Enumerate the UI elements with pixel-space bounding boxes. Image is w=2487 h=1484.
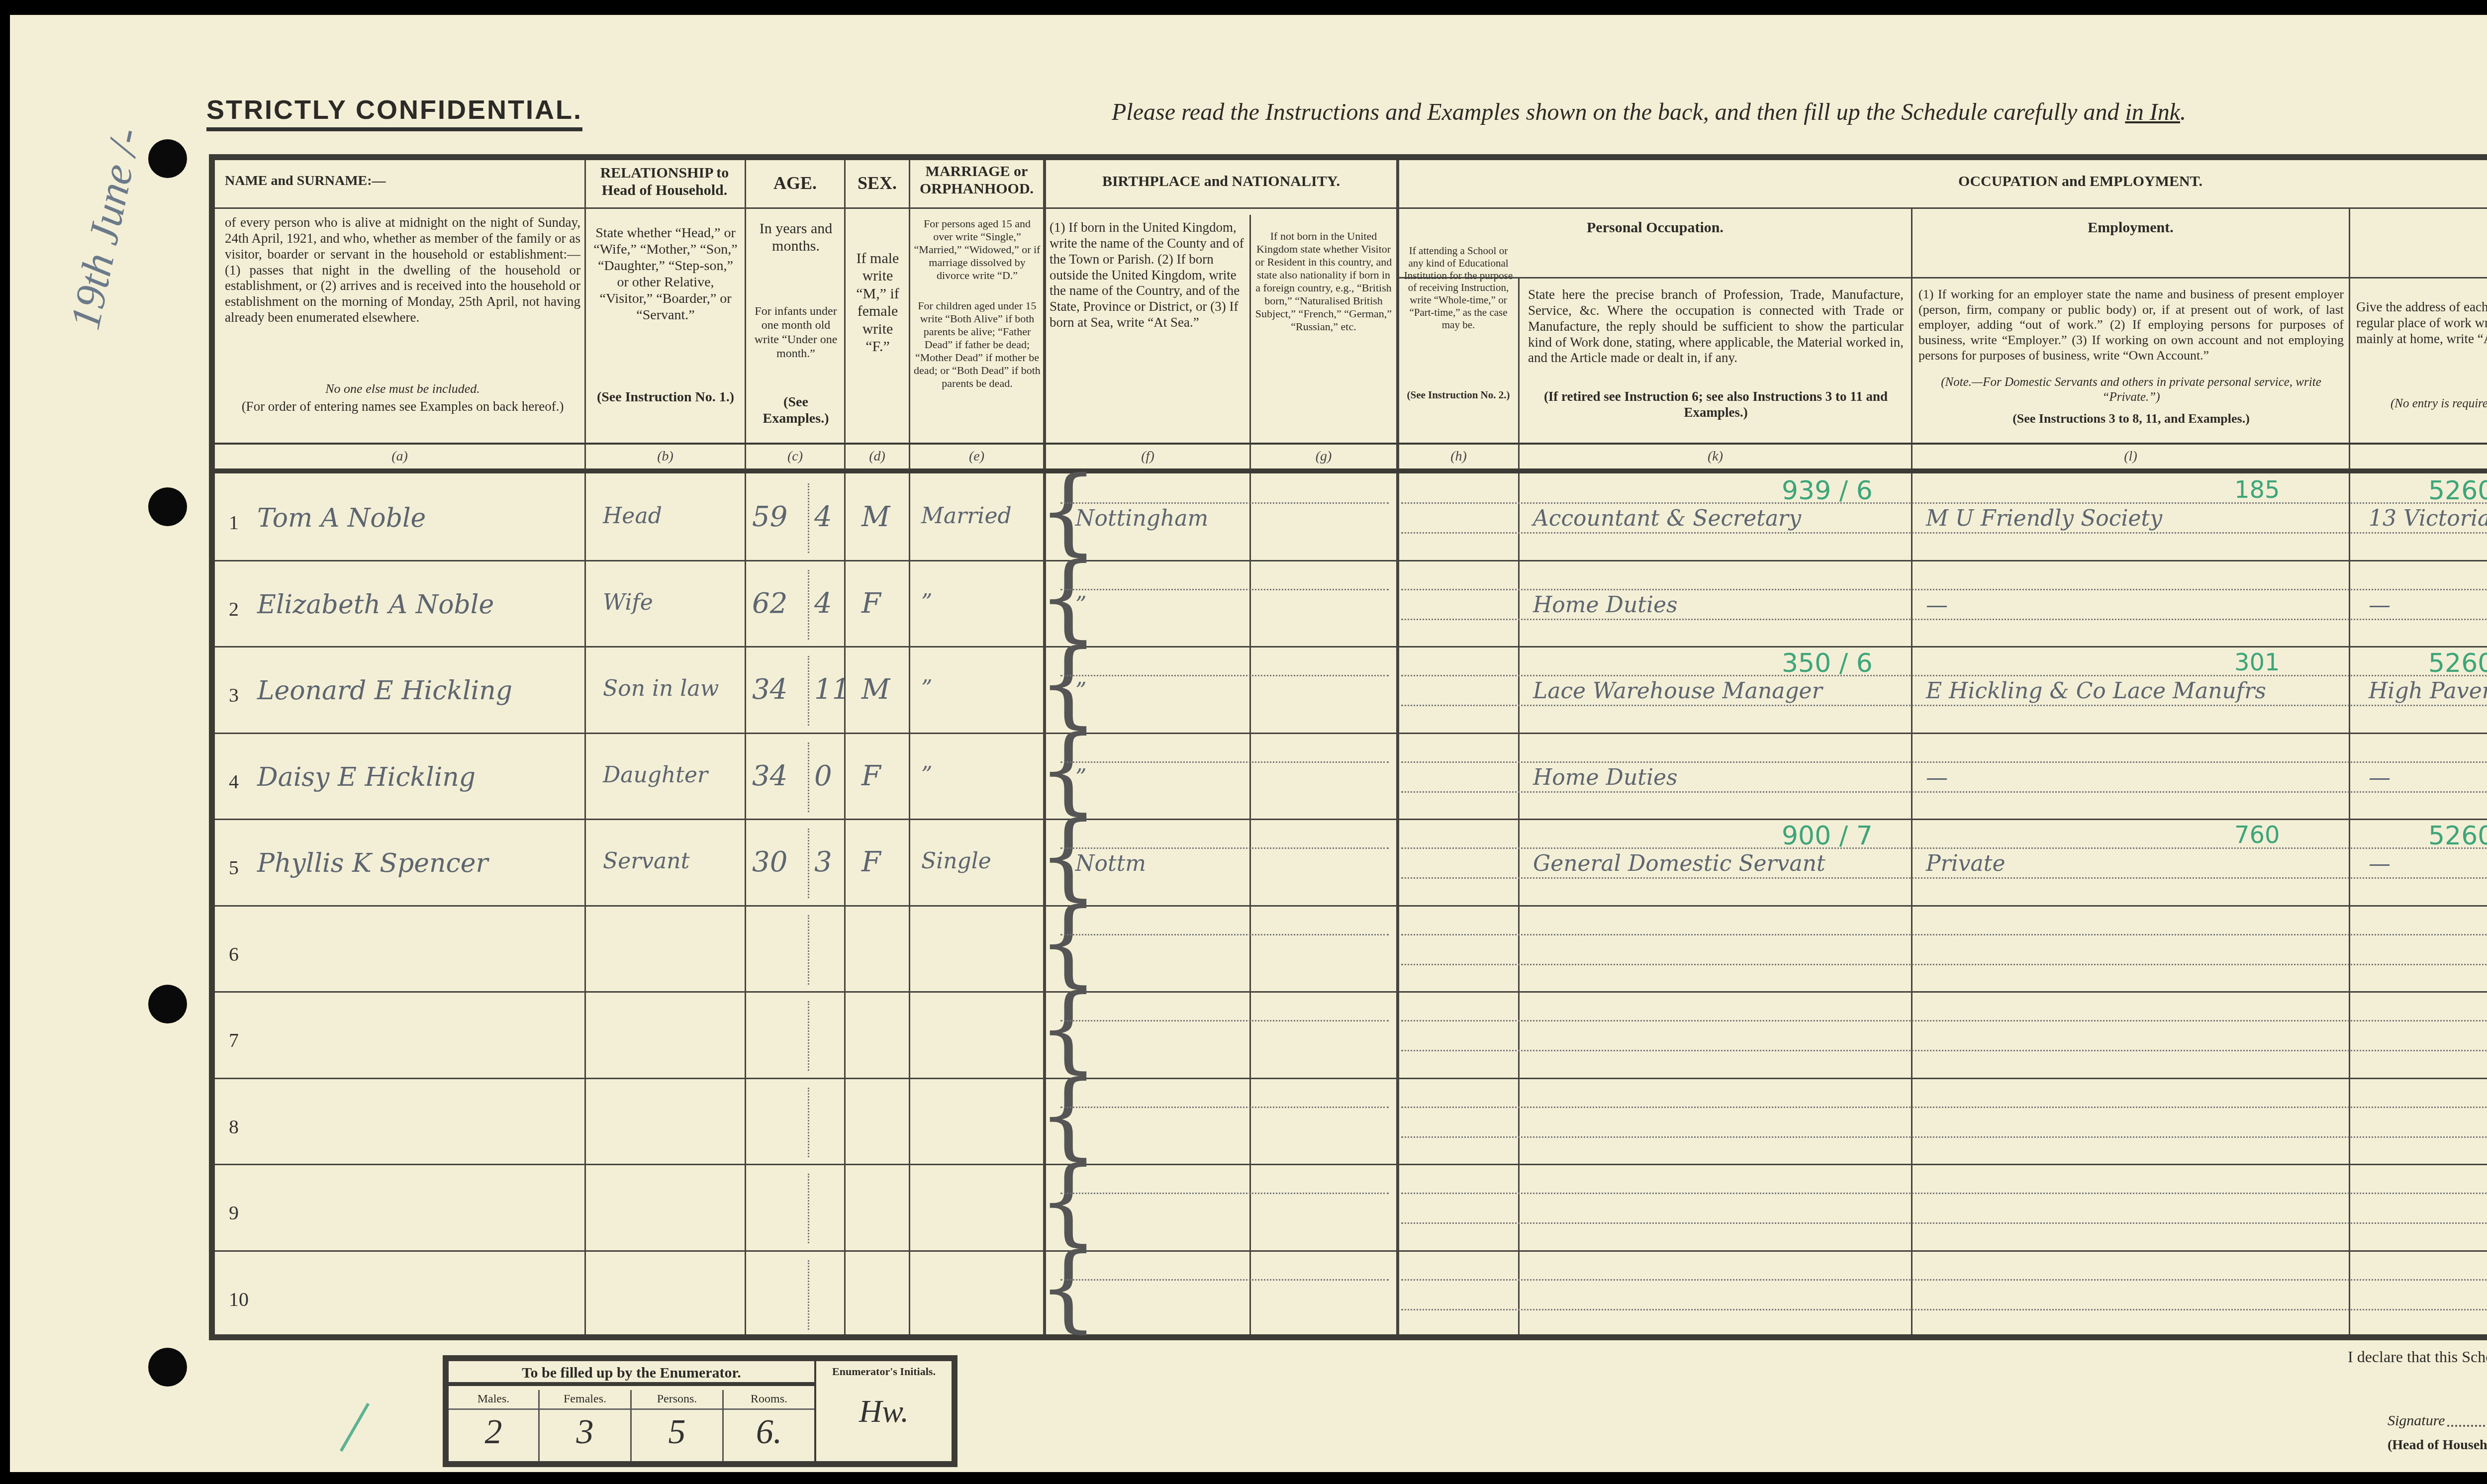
birthplace-f-body: (1) If born in the United Kingdom, write…: [1050, 220, 1246, 331]
row-number: 1: [229, 511, 239, 534]
females-value: 3: [540, 1410, 630, 1455]
age-see: (See Examples.): [751, 394, 841, 427]
birthplace-g-body: If not born in the United Kingdom state …: [1253, 230, 1394, 333]
row-divider: [215, 646, 2487, 648]
margin-note: 19th June /-: [60, 123, 151, 334]
sex-value[interactable]: F: [861, 846, 881, 878]
relationship-value[interactable]: Head: [603, 503, 662, 529]
birthplace-dotted-line: [1060, 934, 1389, 935]
birthplace-dotted-line: [1060, 1020, 1389, 1021]
personal-occupation-body: State here the precise branch of Profess…: [1528, 287, 1904, 366]
punch-hole: [148, 1348, 187, 1387]
instruction-line: Please read the Instructions and Example…: [1112, 98, 2186, 126]
employer-value[interactable]: —: [1926, 592, 1948, 618]
age-divider: [808, 1001, 809, 1071]
employer-value[interactable]: Private: [1926, 851, 2006, 876]
occupation-dotted-line: [1401, 877, 2487, 879]
employer-value[interactable]: E Hickling & Co Lace Manufrs: [1926, 678, 2266, 704]
punch-hole: [148, 985, 187, 1023]
col-letter-b: (b): [586, 449, 745, 464]
birthplace-dotted-line: [1060, 847, 1389, 849]
marriage-title: MARRIAGE or ORPHANHOOD.: [910, 163, 1043, 198]
person-name[interactable]: Leonard E Hickling: [257, 676, 512, 706]
row-number: 5: [229, 856, 239, 879]
occupation-dotted-line: [1401, 675, 2487, 676]
col-letter-m: (m): [2350, 449, 2487, 464]
row-divider: [215, 443, 2487, 445]
marriage-value[interactable]: Single: [921, 848, 991, 874]
place-of-work-title: Place of Work.: [2350, 219, 2487, 236]
age-body: In years and months.: [751, 220, 841, 255]
instruction-text: Please read the Instructions and Example…: [1112, 99, 2125, 125]
age-months[interactable]: 11: [814, 673, 850, 706]
place-of-work-value[interactable]: 13 Victoria St Nottm: [2369, 506, 2487, 531]
sex-value[interactable]: F: [861, 760, 881, 792]
name-col-title: NAME and SURNAME:—: [225, 173, 573, 189]
occupation-dotted-line: [1401, 934, 2487, 935]
males-label: Males.: [449, 1390, 538, 1410]
birthplace-value[interactable]: Nottingham: [1075, 506, 1208, 531]
employer-value[interactable]: —: [1926, 765, 1948, 790]
birthplace-dotted-line: [1060, 1279, 1389, 1281]
row-divider: [2350, 277, 2487, 278]
occupation-value[interactable]: Accountant & Secretary: [1533, 506, 1801, 531]
name-col-body: of every person who is alive at midnight…: [225, 215, 580, 326]
females-label: Females.: [540, 1390, 630, 1410]
signature-line: [2447, 1425, 2487, 1427]
relationship-see: (See Instruction No. 1.): [591, 389, 740, 405]
relationship-value[interactable]: Daughter: [603, 762, 708, 788]
birthplace-value[interactable]: ”: [1075, 592, 1087, 618]
employment-see: (See Instructions 3 to 8, 11, and Exampl…: [1918, 411, 2344, 427]
occupation-title: OCCUPATION and EMPLOYMENT.: [1399, 173, 2487, 190]
birthplace-value[interactable]: ”: [1075, 765, 1087, 790]
birthplace-title: BIRTHPLACE and NATIONALITY.: [1046, 173, 1396, 190]
occupation-dotted-line: [1401, 761, 2487, 763]
row-divider: [215, 1164, 2487, 1165]
males-value: 2: [449, 1410, 538, 1455]
marriage-value[interactable]: ”: [921, 676, 933, 701]
punch-hole: [148, 139, 187, 178]
employment-note: (Note.—For Domestic Servants and others …: [1918, 375, 2344, 404]
occupation-value[interactable]: Home Duties: [1533, 765, 1678, 790]
rooms-cell: Rooms.6.: [722, 1390, 814, 1461]
col-divider: [584, 160, 586, 1334]
col-letter-a: (a): [215, 449, 584, 464]
birthplace-dotted-line: [1060, 675, 1389, 676]
confidential-title: STRICTLY CONFIDENTIAL.: [206, 94, 582, 131]
place-of-work-value[interactable]: —: [2369, 851, 2391, 876]
age-years[interactable]: 34: [752, 673, 787, 706]
enumerator-initials-cell: Enumerator's Initials.Hw.: [814, 1361, 952, 1461]
census-table: NAME and SURNAME:— of every person who i…: [209, 154, 2487, 1340]
sex-title: SEX.: [846, 173, 909, 193]
occupation-dotted-line: [1401, 1050, 2487, 1051]
row-divider: [215, 991, 2487, 993]
name-col-note: No one else must be included.: [225, 381, 580, 397]
age-months[interactable]: 0: [814, 760, 832, 792]
age-divider: [808, 742, 809, 812]
row-divider: [1913, 277, 2349, 278]
employer-value[interactable]: M U Friendly Society: [1926, 506, 2162, 531]
person-name[interactable]: Tom A Noble: [257, 503, 426, 533]
age-divider: [808, 829, 809, 898]
row-number: 9: [229, 1201, 239, 1224]
employer-code: 185: [2234, 476, 2280, 504]
place-of-work-body: Give the address of each person’s place …: [2356, 299, 2487, 347]
signature-role: (Head of Household, Manager of Establish…: [2388, 1437, 2487, 1453]
person-name[interactable]: Daisy E Hickling: [257, 762, 476, 792]
enumerator-box-heading: To be filled up by the Enumerator.: [449, 1361, 814, 1386]
col-letter-e: (e): [910, 449, 1043, 464]
enumerator-count-box: To be filled up by the Enumerator. Males…: [443, 1355, 957, 1467]
occupation-dotted-line: [1401, 1136, 2487, 1138]
brace: {: [1038, 1240, 1098, 1335]
occupation-dotted-line: [1401, 1193, 2487, 1194]
females-cell: Females.3: [538, 1390, 630, 1461]
marriage-body-adults: For persons aged 15 and over write “Sing…: [914, 217, 1041, 282]
occupation-dotted-line: [1401, 705, 2487, 706]
occupation-dotted-line: [1401, 1020, 2487, 1021]
occupation-dotted-line: [1401, 1222, 2487, 1224]
green-tick-mark: [340, 1403, 370, 1452]
employment-title: Employment.: [1913, 219, 2349, 236]
col-divider: [745, 160, 746, 1334]
age-years[interactable]: 59: [752, 501, 787, 533]
birthplace-value[interactable]: Nottm: [1075, 851, 1146, 876]
place-code: 52600 - 13: [2428, 649, 2487, 678]
occupation-value[interactable]: Lace Warehouse Manager: [1533, 678, 1822, 704]
age-divider: [808, 1174, 809, 1243]
age-months[interactable]: 4: [814, 587, 832, 620]
occupation-code: 939 / 6: [1782, 476, 1873, 506]
col-divider: [1396, 160, 1399, 1334]
occupation-value[interactable]: Home Duties: [1533, 592, 1678, 618]
birthplace-dotted-line: [1060, 502, 1389, 504]
occupation-dotted-line: [1401, 847, 2487, 849]
col-letter-g: (g): [1251, 449, 1396, 464]
initials-label: Enumerator's Initials.: [816, 1365, 952, 1378]
birthplace-dotted-line: [1060, 1193, 1389, 1194]
employer-code: 760: [2234, 821, 2280, 849]
col-letter-k: (k): [1520, 449, 1911, 464]
occupation-dotted-line: [1401, 619, 2487, 620]
occupation-code: 900 / 7: [1782, 821, 1873, 851]
persons-cell: Persons.5: [630, 1390, 722, 1461]
age-divider: [808, 1088, 809, 1157]
row-number: 2: [229, 597, 239, 621]
age-title: AGE.: [746, 173, 844, 193]
occupation-dotted-line: [1401, 502, 2487, 504]
col-letter-h: (h): [1399, 449, 1518, 464]
relationship-value[interactable]: Son in law: [603, 676, 719, 701]
persons-label: Persons.: [632, 1390, 722, 1410]
row-divider: [215, 905, 2487, 907]
place-of-work-value[interactable]: High Pavement Nottm: [2369, 678, 2487, 704]
place-of-work-value[interactable]: —: [2369, 592, 2391, 618]
census-schedule-sheet: STRICTLY CONFIDENTIAL. Please read the I…: [10, 15, 2487, 1472]
instruction-ink: in Ink: [2125, 99, 2180, 125]
row-divider: [215, 819, 2487, 820]
row-divider: [215, 207, 2487, 209]
relationship-body: State whether “Head,” or “Wife,” “Mother…: [591, 225, 740, 323]
occupation-value[interactable]: General Domestic Servant: [1533, 851, 1825, 876]
place-code: 52600 - 07: [2428, 821, 2487, 851]
row-divider: [215, 560, 2487, 561]
row-number: 7: [229, 1028, 239, 1052]
row-number: 10: [229, 1288, 249, 1311]
occupation-dotted-line: [1401, 791, 2487, 793]
person-name[interactable]: Elizabeth A Noble: [257, 590, 494, 620]
row-divider: [1399, 277, 1911, 278]
col-letter-c: (c): [746, 449, 844, 464]
relationship-value[interactable]: Servant: [603, 848, 689, 874]
employer-code: 301: [2234, 649, 2280, 676]
personal-occupation-title: Personal Occupation.: [1399, 219, 1911, 236]
age-divider: [808, 483, 809, 553]
males-cell: Males.2: [449, 1390, 538, 1461]
row-number: 8: [229, 1115, 239, 1138]
row-divider: [215, 1078, 2487, 1079]
relationship-value[interactable]: Wife: [603, 590, 653, 615]
marriage-value[interactable]: Married: [921, 503, 1012, 529]
age-years[interactable]: 34: [752, 760, 787, 792]
col-divider: [844, 160, 846, 1334]
occupation-code: 350 / 6: [1782, 649, 1873, 678]
row-divider: [215, 733, 2487, 734]
col-divider: [1249, 215, 1251, 1334]
col-divider: [909, 160, 910, 1334]
occupation-h-see: (See Instruction No. 2.): [1401, 389, 1516, 401]
birthplace-dotted-line: [1060, 761, 1389, 763]
occupation-dotted-line: [1401, 1107, 2487, 1108]
row-number: 6: [229, 942, 239, 966]
sex-value[interactable]: M: [861, 673, 890, 706]
rooms-value: 6.: [724, 1410, 814, 1455]
persons-value: 5: [632, 1410, 722, 1455]
age-divider: [808, 1260, 809, 1330]
row-number: 3: [229, 683, 239, 707]
employment-body: (1) If working for an employer state the…: [1918, 287, 2344, 363]
col-letter-d: (d): [846, 449, 909, 464]
occupation-dotted-line: [1401, 589, 2487, 590]
header-bottom-rule: [215, 468, 2487, 473]
row-number: 4: [229, 770, 239, 793]
initials-value: Hw.: [816, 1393, 952, 1430]
age-months[interactable]: 4: [814, 501, 832, 533]
sex-body: If male write “M,” if female write “F.”: [849, 250, 906, 355]
occupation-dotted-line: [1401, 532, 2487, 534]
age-months[interactable]: 3: [814, 846, 832, 878]
marriage-value[interactable]: ”: [921, 590, 933, 615]
age-divider: [808, 915, 809, 985]
name-col-order: (For order of entering names see Example…: [225, 399, 580, 415]
occupation-h-body: If attending a School or any kind of Edu…: [1401, 245, 1516, 331]
col-letter-l: (l): [1913, 449, 2349, 464]
col-divider: [1911, 207, 1913, 1334]
occupation-dotted-line: [1401, 964, 2487, 965]
signature-label: Signature: [2388, 1412, 2445, 1429]
age-divider: [808, 656, 809, 726]
marriage-body-children: For children aged under 15 write “Both A…: [914, 299, 1041, 390]
relationship-title: RELATIONSHIP to Head of Household.: [586, 164, 743, 199]
birthplace-dotted-line: [1060, 589, 1389, 590]
personal-occupation-see: (If retired see Instruction 6; see also …: [1528, 389, 1904, 421]
place-of-work-value[interactable]: —: [2369, 765, 2391, 790]
punch-hole: [148, 487, 187, 526]
col-divider: [2349, 207, 2350, 1334]
age-years[interactable]: 62: [752, 587, 787, 620]
occupation-dotted-line: [1401, 1279, 2487, 1281]
declaration-text: I declare that this Schedule is correctl…: [2348, 1348, 2487, 1366]
marriage-value[interactable]: ”: [921, 762, 933, 788]
instruction-end: .: [2180, 99, 2186, 125]
age-divider: [808, 570, 809, 640]
name-title: NAME and SURNAME:—: [225, 173, 386, 188]
place-of-work-note: (No entry is required for any person who…: [2356, 396, 2487, 411]
person-name[interactable]: Phyllis K Spencer: [257, 848, 488, 878]
row-divider: [215, 1250, 2487, 1252]
sex-value[interactable]: F: [861, 587, 881, 620]
birthplace-value[interactable]: ”: [1075, 678, 1087, 704]
age-infants: For infants under one month old write “U…: [751, 304, 841, 361]
occupation-dotted-line: [1401, 1309, 2487, 1310]
birthplace-dotted-line: [1060, 1107, 1389, 1108]
place-code: 52600 - 13: [2428, 476, 2487, 506]
sex-value[interactable]: M: [861, 501, 890, 533]
rooms-label: Rooms.: [724, 1390, 814, 1410]
col-divider: [1518, 277, 1520, 1334]
age-years[interactable]: 30: [752, 846, 787, 878]
